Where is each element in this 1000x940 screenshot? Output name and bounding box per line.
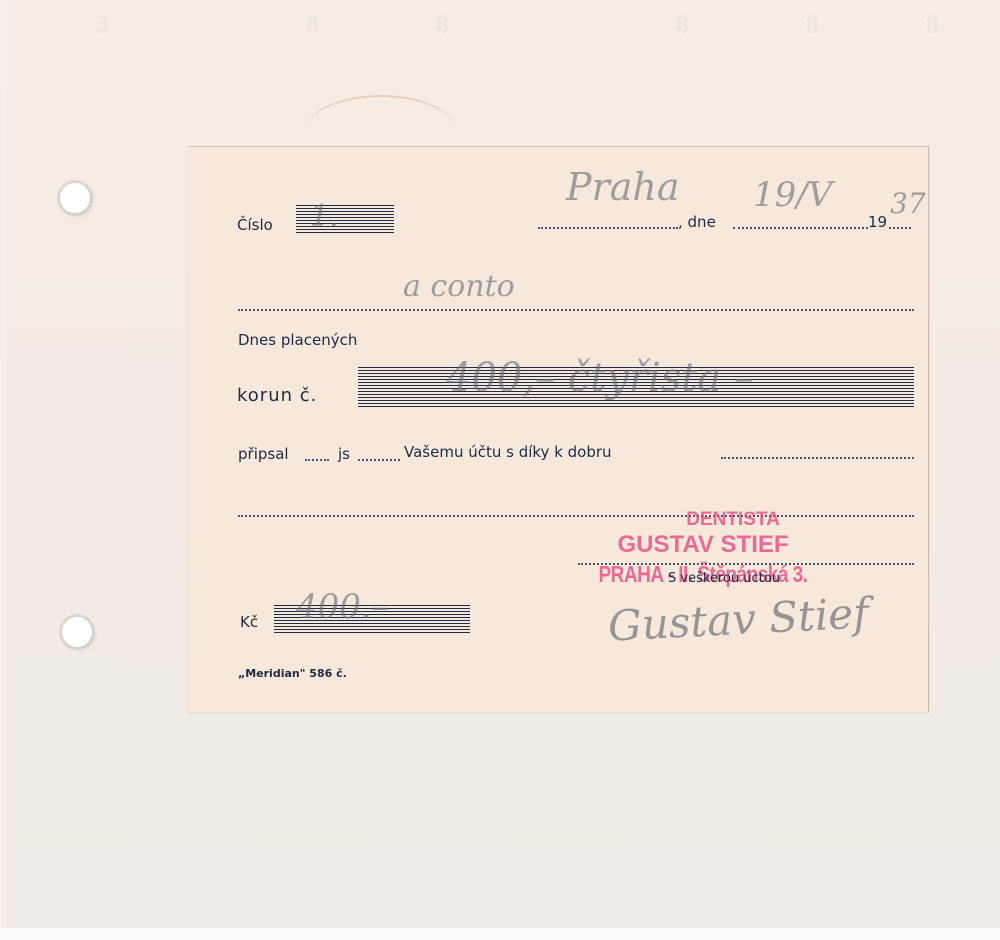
- punch-hole-top: [60, 183, 90, 213]
- paid-label: Dnes placených: [238, 331, 357, 349]
- year-handwritten: 37: [890, 187, 926, 220]
- printer-mark: „Meridian" 586 č.: [238, 667, 347, 680]
- credited-label-2: js: [338, 445, 350, 463]
- note-dotted-line: [238, 309, 914, 311]
- scan-margin: [0, 928, 1000, 940]
- note-handwritten: a conto: [403, 269, 515, 304]
- amount-label: Kč: [240, 613, 258, 631]
- show-through-print: 8: [676, 10, 689, 40]
- show-through-print: 8: [926, 10, 939, 40]
- show-through-print: 8: [306, 10, 319, 40]
- amount-words-label: korun č.: [237, 385, 317, 406]
- stamp-line-2: GUSTAV STIEF: [578, 531, 828, 559]
- show-through-print: 8: [436, 10, 449, 40]
- date-label: , dne: [678, 213, 716, 231]
- credited-label-1: připsal: [238, 445, 289, 463]
- stamp-line-1: DENTISTA: [618, 509, 848, 531]
- amount-handwritten: 400.–: [296, 587, 389, 627]
- show-through-print: 3: [96, 10, 109, 40]
- number-handwritten: 1.: [310, 199, 339, 234]
- perforated-edge: [184, 147, 190, 712]
- credited-dotted-3: [721, 457, 914, 459]
- date-dotted-line: [733, 227, 868, 229]
- year-dotted-line: [889, 227, 911, 229]
- credited-dotted-1: [305, 459, 329, 461]
- signature: Gustav Stief: [607, 588, 870, 651]
- number-label: Číslo: [237, 216, 273, 234]
- credited-label-3: Vašemu účtu s díky k dobru: [404, 443, 612, 461]
- show-through-print: 8: [806, 10, 819, 40]
- year-prefix: 19: [868, 213, 887, 231]
- place-dotted-line: [538, 227, 678, 229]
- place-handwritten: Praha: [566, 165, 680, 209]
- closing-text: S veškerou úctou: [668, 571, 780, 586]
- credited-dotted-2: [358, 459, 400, 461]
- amount-words-handwritten: 400,– čtyřista –: [446, 355, 754, 401]
- date-handwritten: 19/V: [753, 175, 832, 215]
- punch-hole-bottom: [62, 617, 92, 647]
- receipt-slip: Číslo 1. Praha , dne 19/V 19 37 a conto …: [188, 146, 929, 712]
